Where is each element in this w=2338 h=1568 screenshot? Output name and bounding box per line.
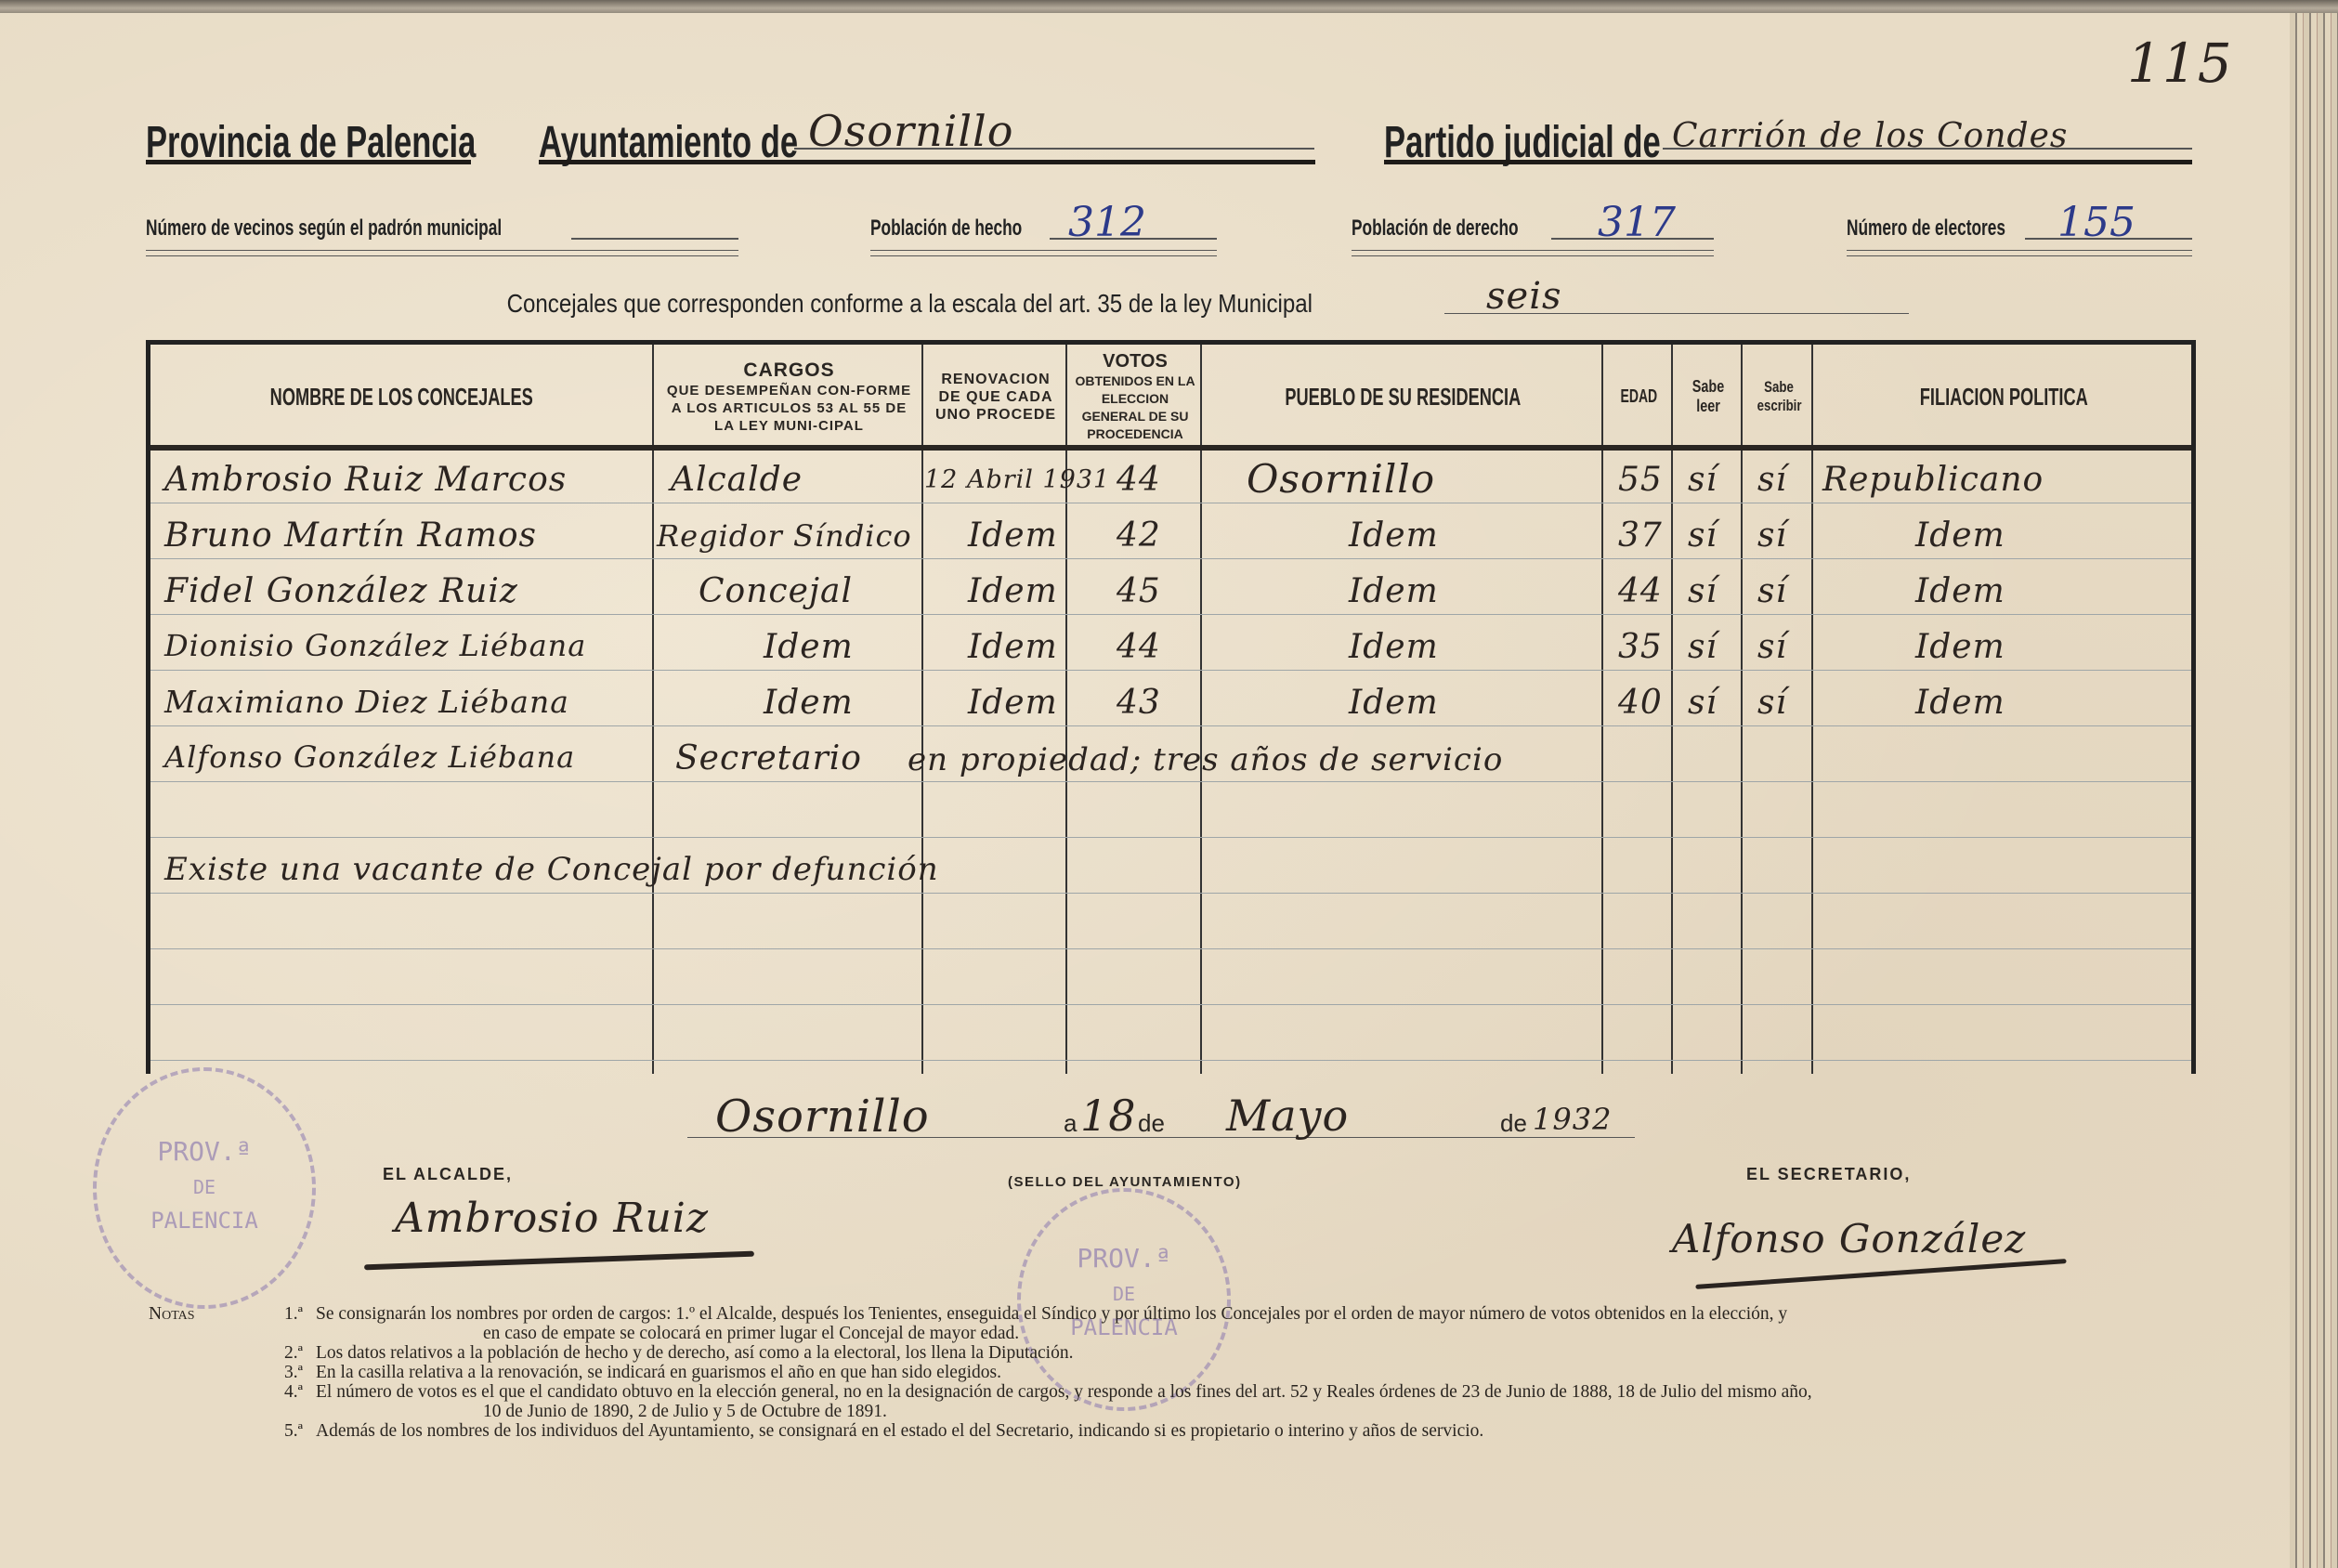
electores-label: Número de electores <box>1847 216 2005 242</box>
header-nombre: NOMBRE DE LOS CONCEJALES <box>150 349 652 444</box>
alcalde-label: EL ALCALDE, <box>383 1165 513 1184</box>
vecinos-label: Número de vecinos según el padrón munici… <box>146 216 502 242</box>
stamp-text: PROV.ª <box>1021 1243 1227 1274</box>
field-line <box>571 238 738 240</box>
cell-votos: 42 <box>1117 516 1161 555</box>
row-rule <box>150 781 2191 782</box>
cell-edad: 44 <box>1618 572 1663 610</box>
cell-nombre: Fidel González Ruiz <box>164 572 518 610</box>
col-divider <box>1065 345 1067 1074</box>
cell-cargo: Idem <box>764 684 854 722</box>
footer-de1: de <box>1138 1109 1165 1138</box>
note-item: 3.ª En la casilla relativa a la renovaci… <box>232 1363 2239 1382</box>
field-line <box>1444 313 1909 314</box>
cell-votos: 44 <box>1117 461 1161 499</box>
note-number: 3.ª <box>232 1363 316 1382</box>
note-text: Los datos relativos a la población de he… <box>316 1343 2239 1363</box>
header-text: RENOVACION DE QUE CADA UNO PROCEDE <box>931 371 1061 424</box>
concejales-label: Concejales que corresponden conforme a l… <box>507 289 1313 319</box>
secretario-label-text: EL SECRETARIO, <box>1746 1165 1911 1183</box>
secretario-label: EL SECRETARIO, <box>1746 1165 1911 1184</box>
field-line <box>146 255 738 256</box>
note-number: 1.ª <box>232 1304 316 1324</box>
header-cargos: CARGOS QUE DESEMPEÑAN CON-FORME A LOS AR… <box>657 349 921 444</box>
cell-cargo: Secretario <box>675 739 862 777</box>
title-underline <box>146 160 471 164</box>
header-text: EDAD <box>1620 386 1657 408</box>
col-divider <box>1200 345 1202 1074</box>
stamp-text: PALENCIA <box>97 1208 312 1234</box>
cell-votos: 45 <box>1117 572 1161 610</box>
secretario-signature: Alfonso González <box>1672 1216 2026 1261</box>
cell-pueblo: Idem <box>1349 684 1439 722</box>
header-text: OBTENIDOS EN LA ELECCION GENERAL DE SU P… <box>1075 372 1195 443</box>
header-text: NOMBRE DE LOS CONCEJALES <box>269 383 532 412</box>
title-underline <box>1384 160 2192 164</box>
cell-filiacion: Idem <box>1915 684 2005 722</box>
notes-label: Notas <box>149 1304 195 1324</box>
note-text: El número de votos es el que el candidat… <box>316 1382 2239 1402</box>
note-continuation: en caso de empate se colocará en primer … <box>232 1324 2239 1343</box>
field-line <box>870 255 1217 256</box>
cell-votos: 44 <box>1117 628 1161 666</box>
footer-de2: de <box>1500 1109 1527 1138</box>
book-page-edges <box>2290 13 2338 1568</box>
cell-edad: 40 <box>1618 684 1663 722</box>
cell-escribir: sí <box>1757 572 1787 610</box>
note-number: 2.ª <box>232 1343 316 1363</box>
note-item: 2.ª Los datos relativos a la población d… <box>232 1343 2239 1363</box>
cell-escribir: sí <box>1757 516 1787 555</box>
header-rule <box>150 445 2191 451</box>
cell-renovacion: Idem <box>968 628 1058 666</box>
col-divider <box>1811 345 1813 1074</box>
cell-edad: 37 <box>1618 516 1663 555</box>
header-text: Sabe escribir <box>1757 378 1800 415</box>
cell-votos: 43 <box>1117 684 1161 722</box>
cell-cargo: Regidor Síndico <box>657 518 912 554</box>
title-underline <box>539 160 1315 164</box>
note-item: 5.ª Además de los nombres de los individ… <box>232 1421 2239 1441</box>
footer-day: 18 <box>1080 1091 1137 1141</box>
note-text: En la casilla relativa a la renovación, … <box>316 1363 2239 1382</box>
header-text: QUE DESEMPEÑAN CON-FORME A LOS ARTICULOS… <box>661 382 917 435</box>
field-line <box>1663 148 2192 150</box>
hecho-label: Población de hecho <box>870 216 1022 242</box>
field-line <box>1050 238 1217 240</box>
alcalde-signature: Ambrosio Ruiz <box>395 1195 709 1242</box>
document-page: 115 Provincia de Palencia Ayuntamiento d… <box>0 13 2294 1568</box>
derecho-label: Población de derecho <box>1352 216 1519 242</box>
cell-nombre: Alfonso González Liébana <box>164 739 575 775</box>
note-item: 4.ª El número de votos es el que el cand… <box>232 1382 2239 1402</box>
cell-leer: sí <box>1688 684 1718 722</box>
field-line <box>146 250 738 251</box>
stamp-text: DE <box>1021 1283 1227 1305</box>
signature-flourish <box>364 1251 754 1271</box>
col-divider <box>921 345 923 1074</box>
cell-pueblo: Idem <box>1349 572 1439 610</box>
cell-cargo: Alcalde <box>671 461 803 499</box>
stamp-text: PROV.ª <box>97 1136 312 1167</box>
field-line <box>1847 250 2192 251</box>
municipal-stamp: PROV.ª DE PALENCIA <box>93 1067 316 1309</box>
cell-filiacion: Idem <box>1915 572 2005 610</box>
field-line <box>1352 250 1714 251</box>
cell-edad: 55 <box>1618 461 1663 499</box>
field-line <box>870 250 1217 251</box>
row-rule <box>150 670 2191 671</box>
note-text: Se consignarán los nombres por orden de … <box>316 1304 2239 1324</box>
stamp-text: DE <box>97 1176 312 1198</box>
row-rule <box>150 893 2191 894</box>
note-number: 5.ª <box>232 1421 316 1441</box>
header-edad: EDAD <box>1606 349 1671 444</box>
col-divider <box>1601 345 1603 1074</box>
notes-section: Notas 1.ª Se consignarán los nombres por… <box>139 1304 2239 1441</box>
cell-escribir: sí <box>1757 461 1787 499</box>
cell-renovacion: Idem <box>968 516 1058 555</box>
row-rule <box>150 1060 2191 1061</box>
header-text: VOTOS <box>1103 351 1168 372</box>
header-votos: VOTOS OBTENIDOS EN LA ELECCION GENERAL D… <box>1070 349 1200 444</box>
cell-cargo: Idem <box>764 628 854 666</box>
cell-filiacion: Idem <box>1915 516 2005 555</box>
cell-pueblo: Osornillo <box>1247 456 1435 502</box>
col-divider <box>1671 345 1673 1074</box>
row-rule <box>150 948 2191 949</box>
note-continuation: 10 de Junio de 1890, 2 de Julio y 5 de O… <box>232 1402 2239 1421</box>
cell-leer: sí <box>1688 516 1718 555</box>
header-renovacion: RENOVACION DE QUE CADA UNO PROCEDE <box>926 349 1065 444</box>
note-text: Además de los nombres de los individuos … <box>316 1421 2239 1441</box>
alcalde-label-text: EL ALCALDE, <box>383 1165 513 1183</box>
signature-flourish <box>1695 1259 2066 1289</box>
cell-pueblo: Idem <box>1349 628 1439 666</box>
note-number: 4.ª <box>232 1382 316 1402</box>
cell-pueblo: Idem <box>1349 516 1439 555</box>
cell-edad: 35 <box>1618 628 1663 666</box>
footer-a: a <box>1064 1109 1077 1138</box>
cell-renovacion: Idem <box>968 572 1058 610</box>
col-divider <box>1741 345 1743 1074</box>
cell-nombre: Maximiano Diez Liébana <box>164 684 569 720</box>
vacante-note: Existe una vacante de Concejal por defun… <box>164 851 939 888</box>
cell-leer: sí <box>1688 572 1718 610</box>
cell-escribir: sí <box>1757 684 1787 722</box>
field-line <box>794 148 1314 150</box>
header-filiacion: FILIACION POLITICA <box>1816 349 2191 444</box>
header-text: Sabe leer <box>1690 377 1727 416</box>
cell-nombre: Ambrosio Ruiz Marcos <box>164 461 567 499</box>
footer-place: Osornillo <box>715 1091 930 1143</box>
header-text: CARGOS <box>743 359 834 382</box>
cell-escribir: sí <box>1757 628 1787 666</box>
cell-renovacion: Idem <box>968 684 1058 722</box>
row-rule <box>150 1004 2191 1005</box>
footer-month: Mayo <box>1226 1091 1349 1141</box>
footer-year: 1932 <box>1533 1102 1612 1137</box>
cell-nota: en propiedad; tres años de servicio <box>908 741 1503 778</box>
cell-leer: sí <box>1688 461 1718 499</box>
folio-number: 115 <box>2127 32 2233 95</box>
row-rule <box>150 725 2191 726</box>
concejales-value: seis <box>1486 275 1562 318</box>
field-line <box>2025 238 2192 240</box>
row-rule <box>150 503 2191 503</box>
field-line <box>1352 255 1714 256</box>
concejales-table: NOMBRE DE LOS CONCEJALES CARGOS QUE DESE… <box>146 340 2196 1074</box>
cell-leer: sí <box>1688 628 1718 666</box>
cell-cargo: Concejal <box>699 572 853 610</box>
col-divider <box>652 345 654 1074</box>
cell-nombre: Bruno Martín Ramos <box>164 516 537 555</box>
cell-nombre: Dionisio González Liébana <box>164 628 586 663</box>
cell-filiacion: Idem <box>1915 628 2005 666</box>
header-text: PUEBLO DE SU RESIDENCIA <box>1286 383 1522 412</box>
header-text: FILIACION POLITICA <box>1920 383 2088 412</box>
row-rule <box>150 837 2191 838</box>
note-item: 1.ª Se consignarán los nombres por orden… <box>232 1304 2239 1324</box>
field-line <box>1847 255 2192 256</box>
field-line <box>1551 238 1714 240</box>
row-rule <box>150 614 2191 615</box>
cell-filiacion: Republicano <box>1822 461 2044 499</box>
header-escribir: Sabe escribir <box>1745 349 1811 444</box>
header-leer: Sabe leer <box>1676 349 1741 444</box>
header-pueblo: PUEBLO DE SU RESIDENCIA <box>1205 349 1601 444</box>
row-rule <box>150 558 2191 559</box>
cell-renovacion: 12 Abril 1931 <box>924 465 1110 494</box>
